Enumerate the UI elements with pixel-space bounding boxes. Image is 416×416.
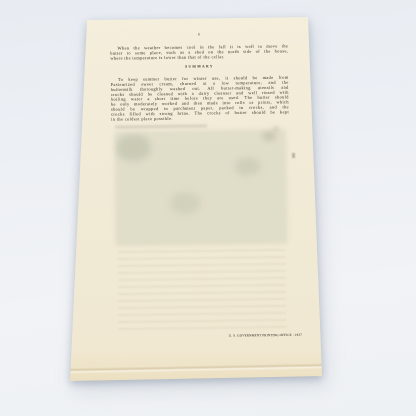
page-number: 6	[110, 31, 288, 38]
show-through-blotch	[262, 131, 276, 141]
show-through-smudge	[115, 124, 207, 128]
summary-heading: SUMMARY	[110, 63, 288, 70]
verso-text-show-through	[117, 249, 286, 333]
intro-paragraph: When the weather becomes cool in the fal…	[110, 44, 288, 61]
paper-speck	[274, 127, 278, 130]
verso-image-show-through	[114, 129, 287, 246]
show-through-blotch	[235, 157, 261, 175]
paper-crease	[66, 360, 324, 377]
printing-office-imprint: U. S. GOVERNMENT PRINTING OFFICE : 1937	[202, 333, 302, 340]
document-page: 6 When the weather becomes cool in the f…	[0, 0, 416, 416]
paper-shadow: 6 When the weather becomes cool in the f…	[0, 0, 416, 416]
paper-fleck	[292, 153, 295, 158]
summary-paragraph: To keep summer butter for winter use, it…	[111, 75, 290, 122]
show-through-blotch	[116, 135, 150, 161]
show-through-blotch	[170, 192, 200, 214]
printed-text-block: 6 When the weather becomes cool in the f…	[110, 31, 289, 125]
